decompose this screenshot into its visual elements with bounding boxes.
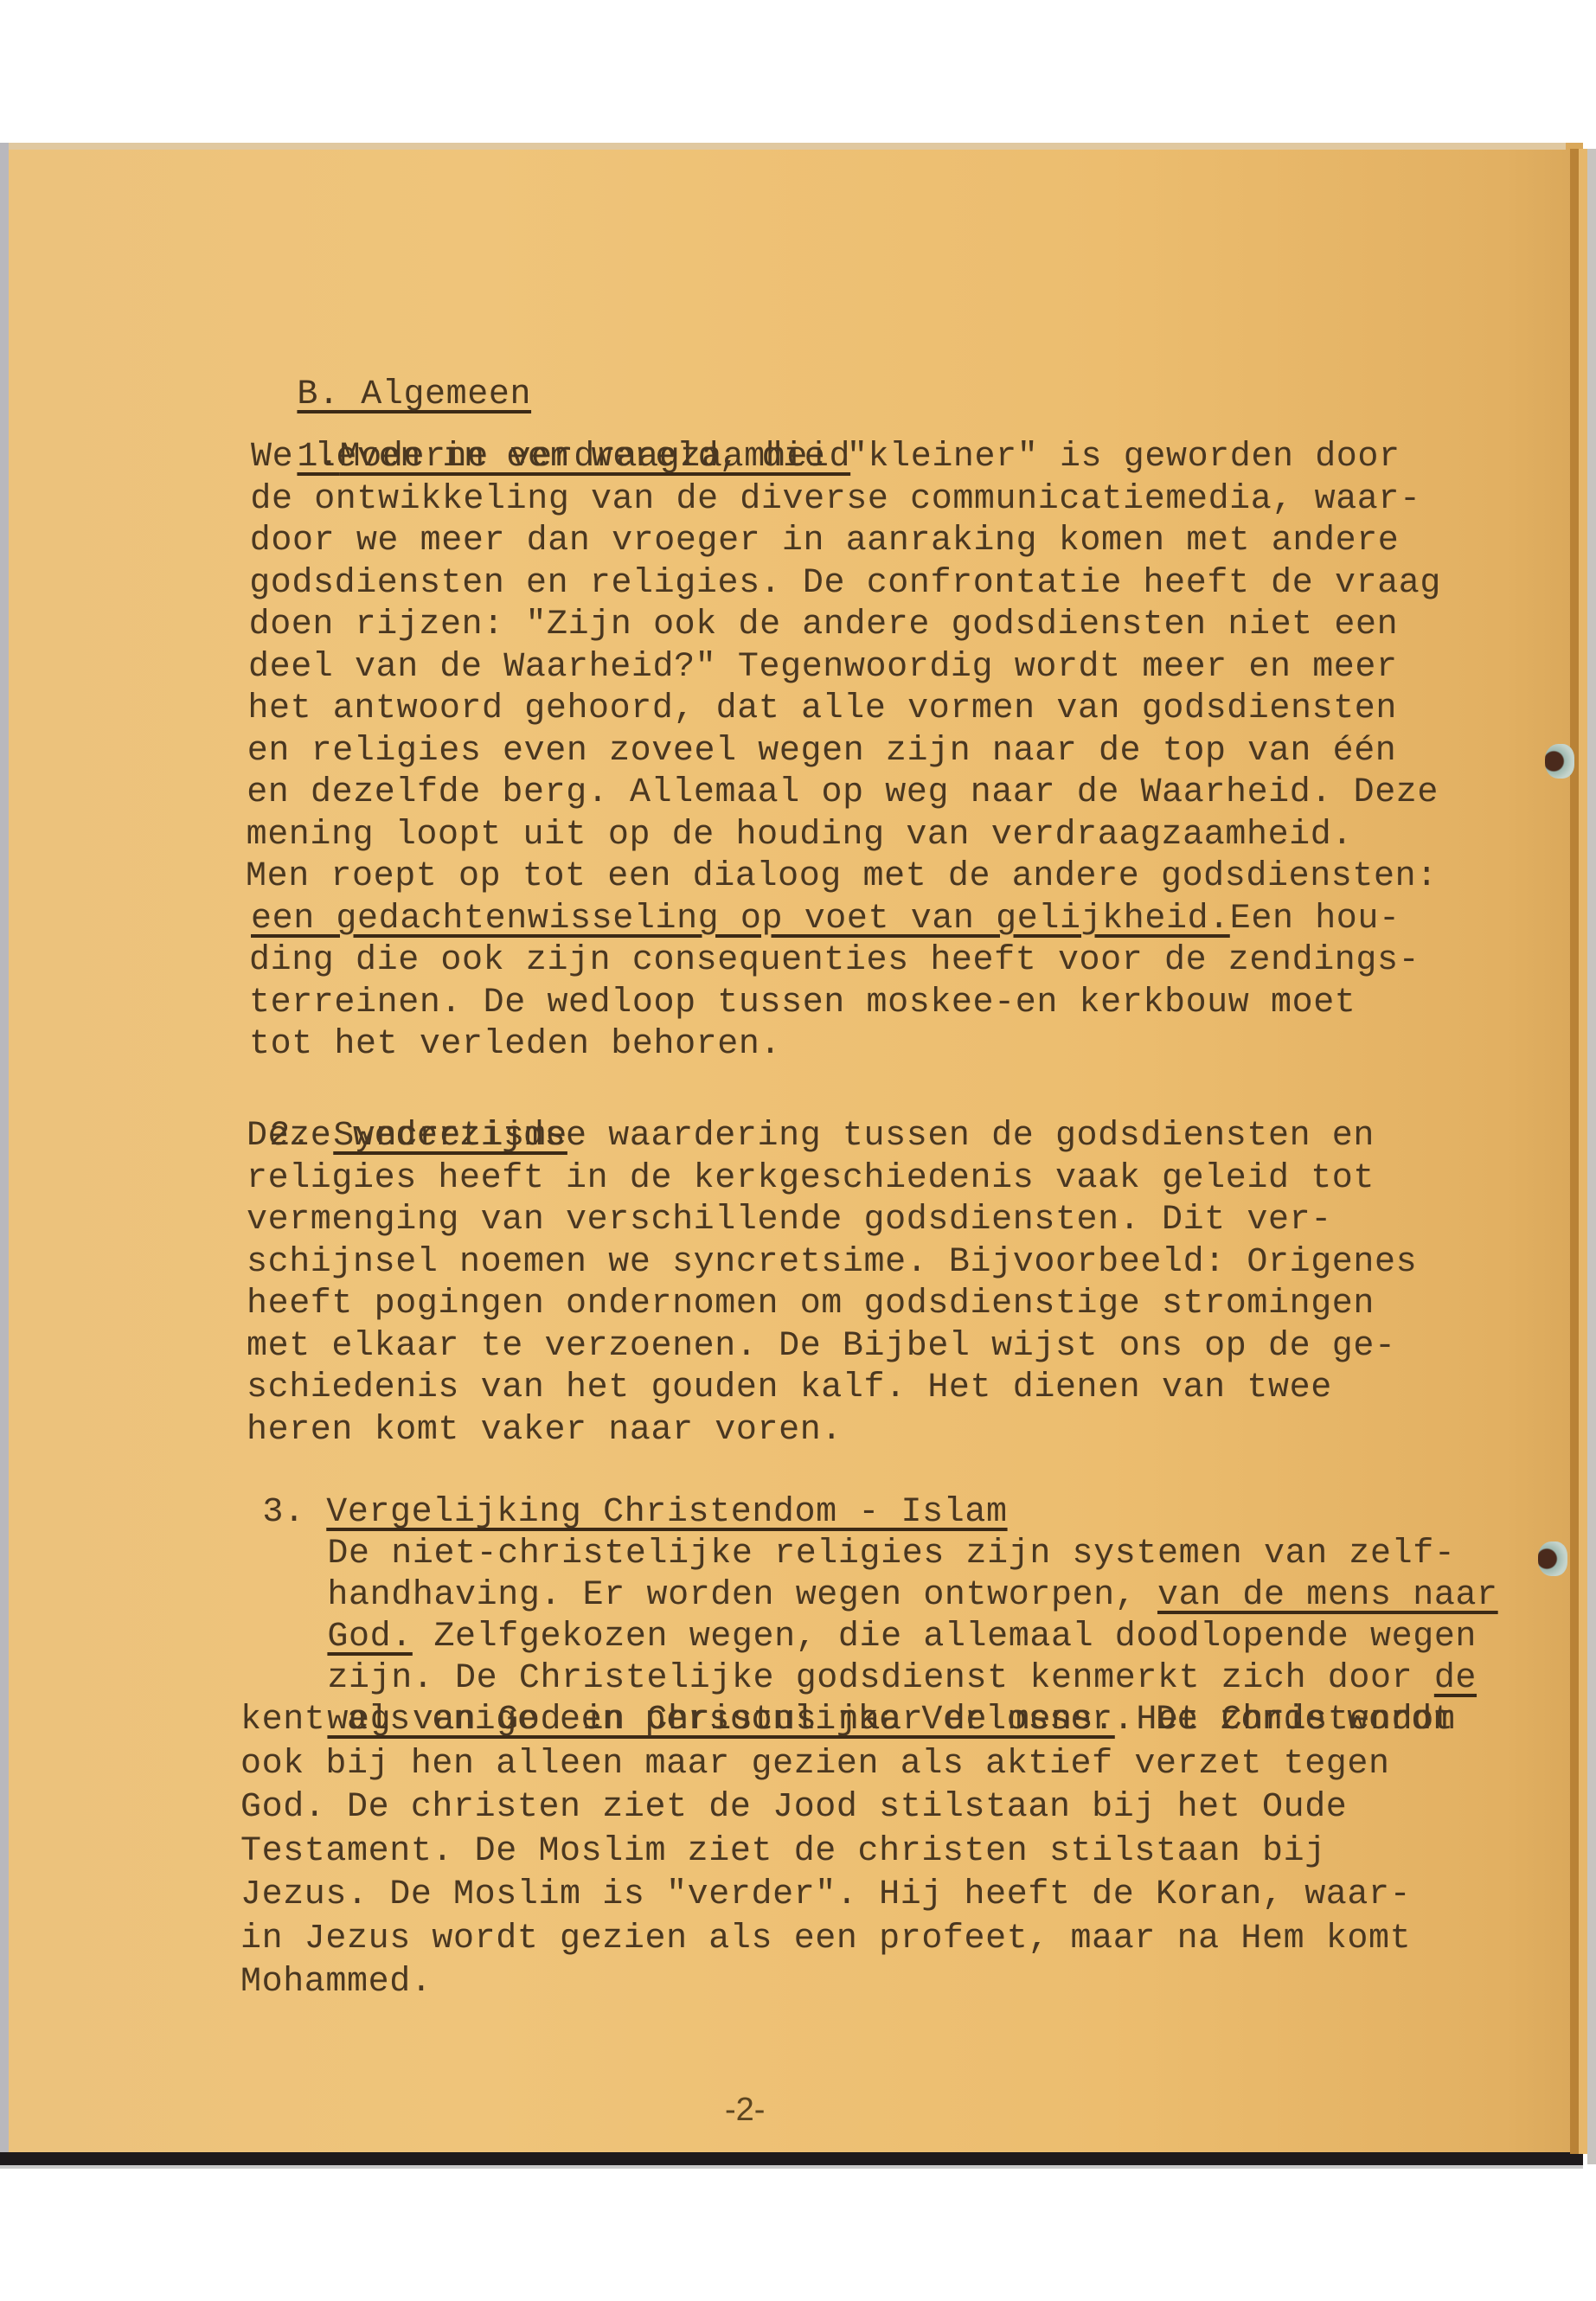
text-line: ding die ook zijn consequenties heeft vo… — [249, 940, 1420, 982]
text-line: tot het verleden behoren. — [249, 1024, 781, 1066]
text-line: terreinen. De wedloop tussen moskee-en k… — [249, 983, 1356, 1024]
section-heading: B. Algemeen — [212, 333, 531, 375]
section-3-heading: 3. Vergelijking Christendom - Islam — [177, 1451, 1008, 1492]
text-line: een gedachtenwisseling op voet van gelij… — [251, 899, 1401, 940]
text-line: in Jezus wordt gezien als een profeet, m… — [240, 1919, 1411, 1960]
text-line: het antwoord gehoord, dat alle vormen va… — [247, 689, 1397, 730]
paper-bottom-edge — [0, 2152, 1583, 2165]
binding-spine-outer — [1579, 149, 1587, 2154]
text-line: de ontwikkeling van de diverse communica… — [250, 479, 1420, 521]
text-line: door we meer dan vroeger in aanraking ko… — [250, 521, 1400, 562]
text-line: Deze wederzijdse waardering tussen de go… — [247, 1116, 1375, 1157]
text-line: Men roept op tot een dialoog met de ande… — [246, 856, 1438, 898]
section-3-line: God. Zelfgekozen wegen, die allemaal doo… — [242, 1575, 1477, 1617]
text-line: godsdiensten en religies. De confrontati… — [249, 563, 1441, 605]
text-line: schijnsel noemen we syncretsime. Bijvoor… — [247, 1242, 1417, 1284]
section-3-line: zijn. De Christelijke godsdienst kenmerk… — [242, 1617, 1477, 1658]
text-line: Jezus. De Moslim is "verder". Hij heeft … — [240, 1875, 1411, 1916]
binding-spine — [1570, 149, 1579, 2154]
paper-top-edge — [9, 143, 1566, 150]
text-line: vermenging van verschillende godsdienste… — [247, 1200, 1332, 1241]
text-line: Testament. De Moslim ziet de christen st… — [240, 1831, 1326, 1873]
text-line: met elkaar te verzoenen. De Bijbel wijst… — [247, 1326, 1396, 1368]
section-1-heading: 1.Moderne verdraagzaamheid — [212, 395, 850, 437]
page-number: -2- — [725, 2092, 765, 2129]
text-line: We leven in een wereld, die "kleiner" is… — [251, 437, 1401, 478]
text-line: en religies even zoveel wegen zijn naar … — [247, 731, 1397, 772]
text-line: heren komt vaker naar voren. — [247, 1410, 843, 1452]
text-line: kent als enige een persoonlijke Verlosse… — [240, 1700, 1453, 1741]
text-line: mening loopt uit op de houding van verdr… — [247, 815, 1353, 856]
section-3-line: handhaving. Er worden wegen ontworpen, v… — [242, 1534, 1498, 1575]
text-line: en dezelfde berg. Allemaal op weg naar d… — [247, 772, 1439, 814]
staple-icon — [1538, 1541, 1567, 1576]
bottom-shadow — [0, 2165, 1583, 2169]
text-line: schiedenis van het gouden kalf. Het dien… — [247, 1368, 1332, 1409]
staple-icon — [1545, 744, 1574, 779]
text-line: ook bij hen alleen maar gezien als aktie… — [240, 1744, 1390, 1785]
text-line: heeft pogingen ondernomen om godsdiensti… — [247, 1284, 1375, 1325]
section-3-line: weg van God in Christus naar de mens. He… — [242, 1658, 1455, 1700]
text-line: God. De christen ziet de Jood stilstaan … — [240, 1787, 1347, 1829]
text-line: religies heeft in de kerkgeschiedenis va… — [247, 1158, 1375, 1200]
text-line: Mohammed. — [240, 1962, 432, 2003]
section-2-heading: 2. Syncretisme — [184, 1074, 567, 1116]
binding-edge — [1587, 149, 1596, 2164]
text-line: doen rijzen: "Zijn ook de andere godsdie… — [249, 605, 1399, 646]
section-3-line: De niet-christelijke religies zijn syste… — [242, 1492, 1455, 1534]
typewritten-text: B. Algemeen 1.Moderne verdraagzaamheid W… — [0, 0, 42, 895]
text-line: deel van de Waarheid?" Tegenwoordig word… — [248, 647, 1398, 689]
